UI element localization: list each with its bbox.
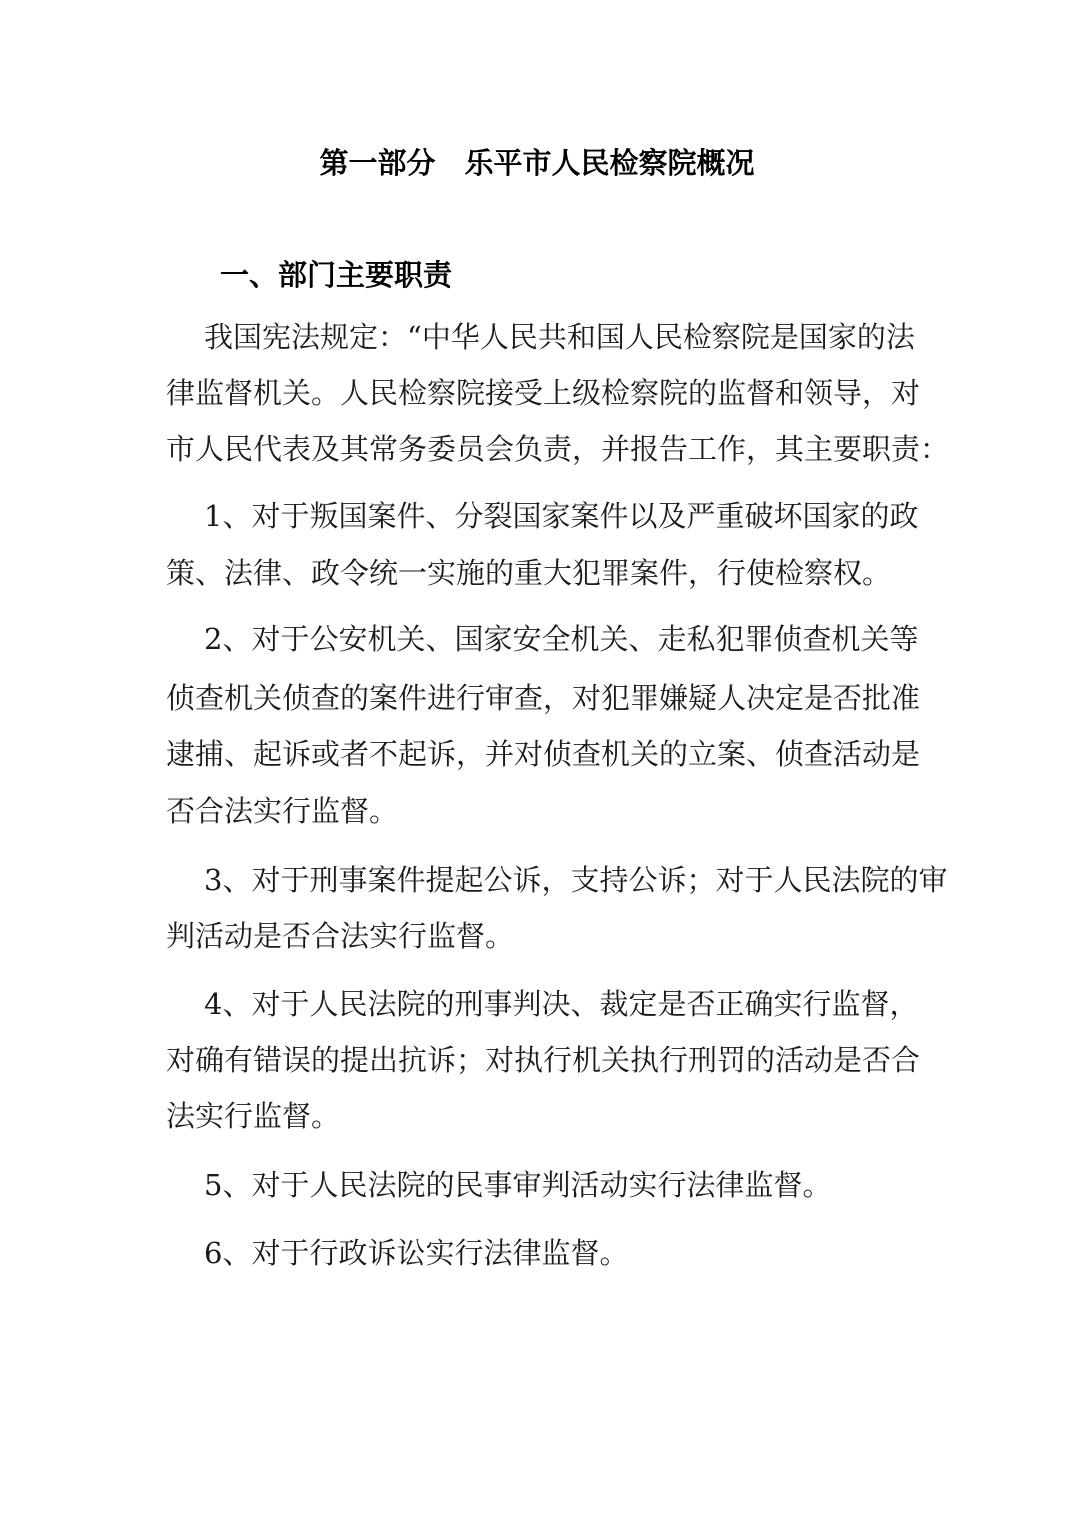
text-line: 侦查机关侦查的案件进行审查，对犯罪嫌疑人决定是否批准 [166, 680, 920, 716]
text-line: 5、对于人民法院的民事审判活动实行法律监督。 [204, 1167, 831, 1203]
text-line: 2、对于公安机关、国家安全机关、走私犯罪侦查机关等 [204, 621, 918, 657]
text-line: 4、对于人民法院的刑事判决、裁定是否正确实行监督， [204, 986, 918, 1022]
text-line: 市人民代表及其常务委员会负责，并报告工作，其主要职责： [166, 431, 949, 467]
text-line: 策、法律、政令统一实施的重大犯罪案件，行使检察权。 [166, 555, 891, 591]
text-line: 我国宪法规定：“中华人民共和国人民检察院是国家的法 [204, 319, 915, 355]
text-line: 3、对于刑事案件提起公诉，支持公诉；对于人民法院的审 [204, 862, 947, 898]
text-line: 1、对于叛国案件、分裂国家案件以及严重破坏国家的政 [204, 498, 918, 534]
text-line: 律监督机关。人民检察院接受上级检察院的监督和领导，对 [166, 375, 920, 411]
section-heading: 一、部门主要职责 [220, 253, 452, 294]
text-line: 6、对于行政诉讼实行法律监督。 [204, 1235, 628, 1271]
text-line: 法实行监督。 [166, 1098, 340, 1134]
document-page: 第一部分 乐平市人民检察院概况 一、部门主要职责 我国宪法规定：“中华人民共和国… [0, 0, 1074, 1520]
text-line: 否合法实行监督。 [166, 793, 398, 829]
text-line: 对确有错误的提出抗诉；对执行机关执行刑罚的活动是否合 [166, 1042, 920, 1078]
text-line: 判活动是否合法实行监督。 [166, 918, 514, 954]
page-title: 第一部分 乐平市人民检察院概况 [0, 141, 1074, 182]
text-line: 逮捕、起诉或者不起诉，并对侦查机关的立案、侦查活动是 [166, 736, 920, 772]
